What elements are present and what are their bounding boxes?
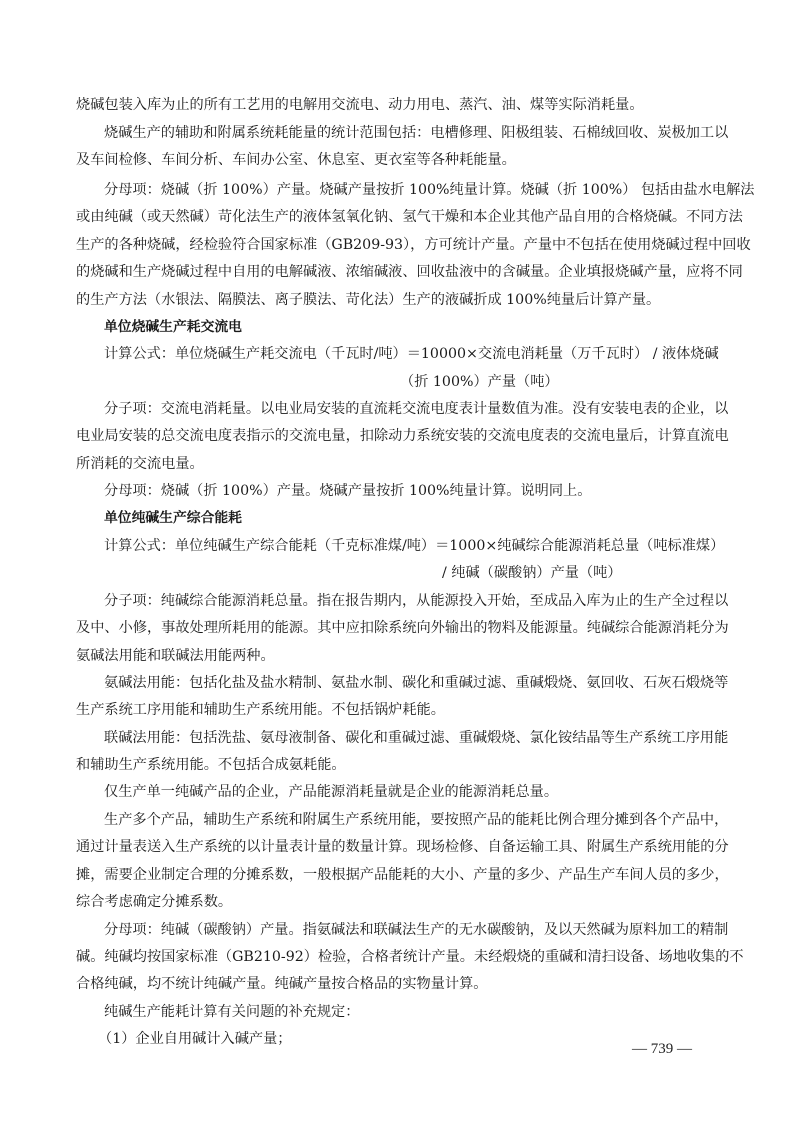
text-line: 分母项：烧碱（折 100%）产量。烧碱产量按折 100%纯量计算。说明同上。 [104,482,718,500]
text-line: 纯碱生产能耗计算有关问题的补充规定： [104,1003,718,1021]
text-line: 仅生产单一纯碱产品的企业，产品能源消耗量就是企业的能源消耗总量。 [104,783,718,801]
section-heading: 单位烧碱生产耗交流电 [104,318,718,336]
text-line: 及车间检修、车间分析、车间办公室、休息室、更衣室等各种耗能量。 [76,151,718,169]
text-line: 综合考虑确定分摊系数。 [76,893,718,911]
text-line: 烧碱生产的辅助和附属系统耗能量的统计范围包括：电槽修理、阳极组装、石棉绒回收、炭… [104,124,718,142]
text-line: （1）企业自用碱计入碱产量； [98,1030,718,1048]
text-line: 分母项：烧碱（折 100%）产量。烧碱产量按折 100%纯量计算。烧碱（折 10… [104,181,718,199]
text-line: 及中、小修，事故处理所耗用的能源。其中应扣除系统向外输出的物料及能源量。纯碱综合… [76,619,718,637]
text-line: 分母项：纯碱（碳酸钠）产量。指氨碱法和联碱法生产的无水碳酸钠，及以天然碱为原料加… [104,921,718,939]
text-line: 分子项：纯碱综合能源消耗总量。指在报告期内，从能源投入开始，至成品入库为止的生产… [104,592,718,610]
text-line: 计算公式：单位烧碱生产耗交流电（千瓦时/吨）＝10000×交流电消耗量（万千瓦时… [104,345,718,363]
text-line: 所消耗的交流电量。 [76,455,718,473]
text-line: 的烧碱和生产烧碱过程中自用的电解碱液、浓缩碱液、回收盐液中的含碱量。企业填报烧碱… [76,263,718,281]
text-line: 和辅助生产系统用能。不包括合成氨耗能。 [76,756,718,774]
text-line: 计算公式：单位纯碱生产综合能耗（千克标准煤/吨）＝1000×纯碱综合能源消耗总量… [104,537,718,555]
text-line: 电业局安装的总交流电度表指示的交流电量，扣除动力系统安装的交流电度表的交流电量后… [76,427,718,445]
text-line: 氨碱法用能：包括化盐及盐水精制、氨盐水制、碳化和重碱过滤、重碱煅烧、氨回收、石灰… [104,674,718,692]
text-line: 合格纯碱，均不统计纯碱产量。纯碱产量按合格品的实物量计算。 [76,975,718,993]
text-line: 的生产方法（水银法、隔膜法、离子膜法、苛化法）生产的液碱折成 100%纯量后计算… [76,291,718,309]
text-line: 通过计量表送入生产系统的以计量表计量的数量计算。现场检修、自备运输工具、附属生产… [76,838,718,856]
text-line: 联碱法用能：包括洗盐、氨母液制备、碳化和重碱过滤、重碱煅烧、氯化铵结晶等生产系统… [104,729,718,747]
text-line: 生产多个产品，辅助生产系统和附属生产系统用能，要按照产品的能耗比例合理分摊到各个… [104,811,718,829]
text-line: 分子项：交流电消耗量。以电业局安装的直流耗交流电度表计量数值为准。没有安装电表的… [104,400,718,418]
text-line: 生产系统工序用能和辅助生产系统用能。不包括锅炉耗能。 [76,701,718,719]
text-line: 氨碱法用能和联碱法用能两种。 [76,647,718,665]
document-page: — 739 — 烧碱包装入库为止的所有工艺用的电解用交流电、动力用电、蒸汽、油、… [0,0,793,1122]
text-line: 或由纯碱（或天然碱）苛化法生产的液体氢氧化钠、氢气干燥和本企业其他产品自用的合格… [76,208,718,226]
text-line: 摊，需要企业制定合理的分摊系数，一般根据产品能耗的大小、产量的多少、产品生产车间… [76,866,718,884]
text-line: 碱。纯碱均按国家标准（GB210-92）检验，合格者统计产量。未经煅烧的重碱和清… [76,948,718,966]
text-line: / 纯碱（碳酸钠）产量（吨） [442,564,718,582]
text-line: 生产的各种烧碱，经检验符合国家标准（GB209-93），方可统计产量。产量中不包… [76,236,718,254]
section-heading: 单位纯碱生产综合能耗 [104,509,718,527]
text-line: （折 100%）产量（吨） [400,373,718,391]
text-line: 烧碱包装入库为止的所有工艺用的电解用交流电、动力用电、蒸汽、油、煤等实际消耗量。 [76,96,718,114]
